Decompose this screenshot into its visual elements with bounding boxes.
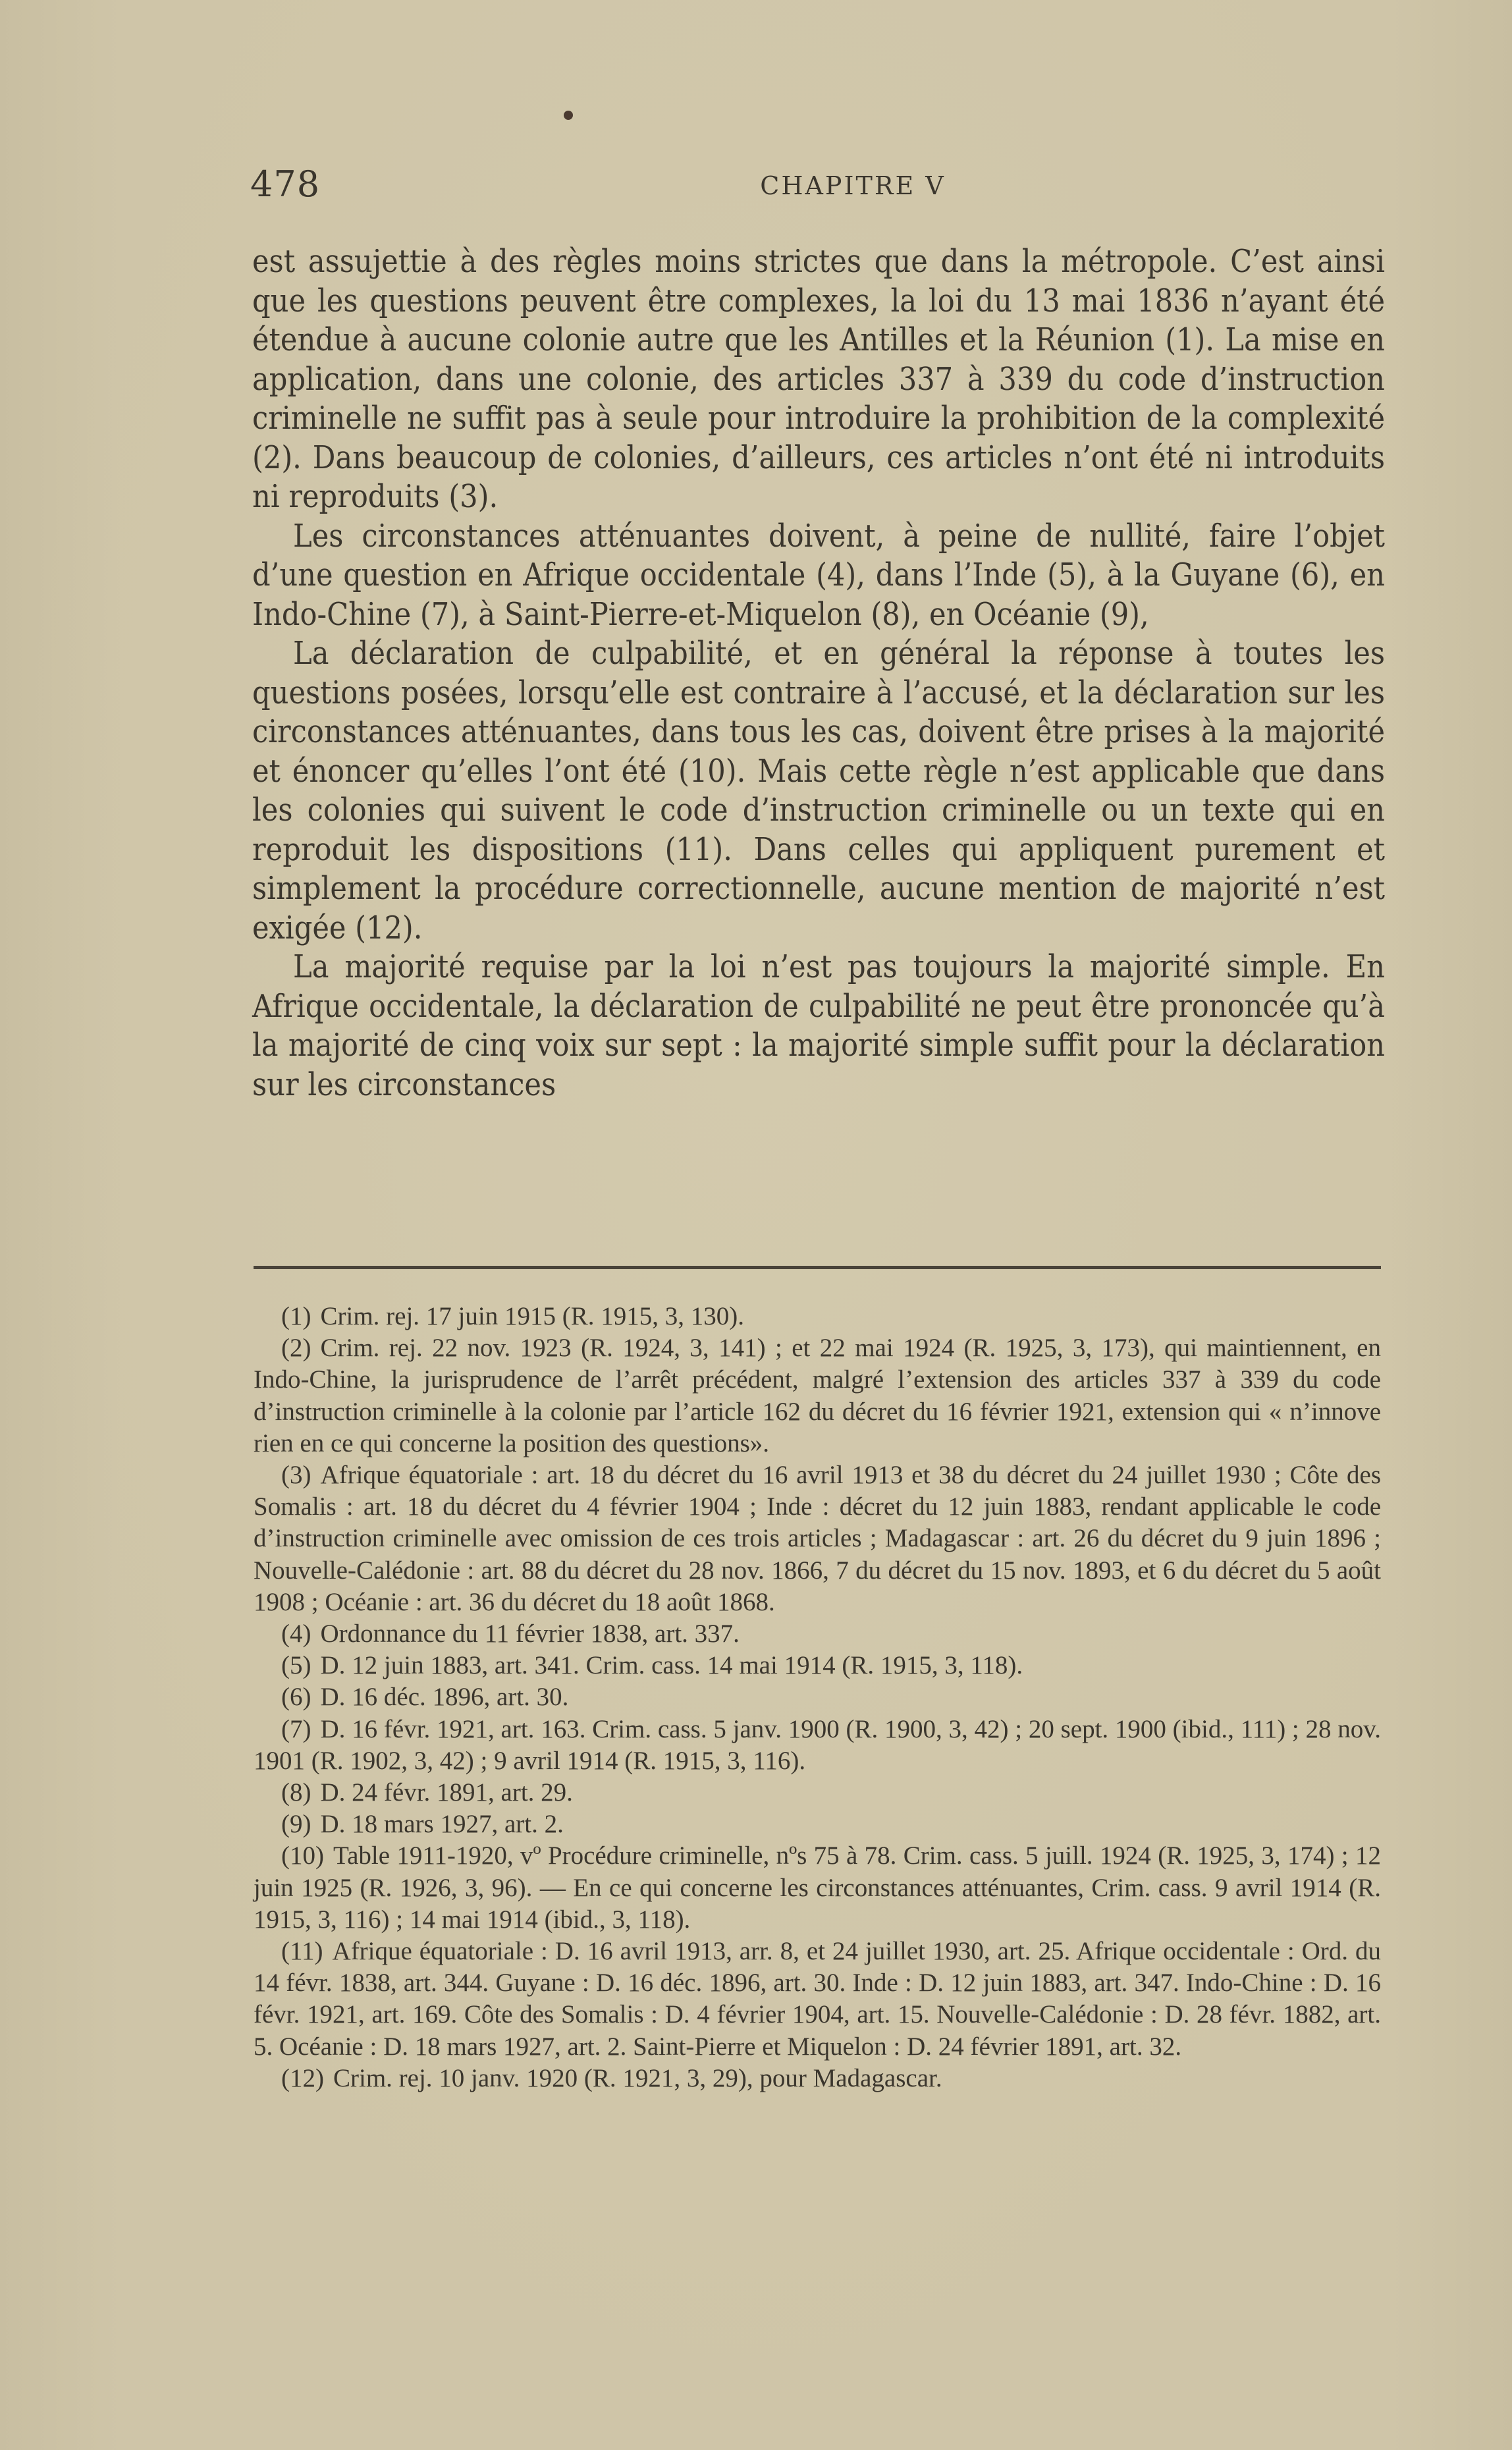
footnote-text: Afrique équatoriale : D. 16 avril 1913, … [254, 1937, 1381, 2061]
footnote: (3)Afrique équatoriale : art. 18 du décr… [254, 1459, 1381, 1618]
footnote: (4)Ordonnance du 11 février 1838, art. 3… [254, 1618, 1381, 1650]
chapter-title: CHAPITRE V [250, 171, 1383, 200]
footnote: (11)Afrique équatoriale : D. 16 avril 19… [254, 1936, 1381, 2063]
footnote-text: D. 12 juin 1883, art. 341. Crim. cass. 1… [320, 1651, 1023, 1679]
paragraph: La majorité requise par la loi n’est pas… [252, 948, 1385, 1104]
footnote-number: (6) [281, 1683, 311, 1711]
footnote-number: (8) [281, 1778, 311, 1807]
footnote-number: (10) [281, 1841, 324, 1870]
footnote: (6)D. 16 déc. 1896, art. 30. [254, 1681, 1381, 1713]
footnote: (2)Crim. rej. 22 nov. 1923 (R. 1924, 3, … [254, 1332, 1381, 1459]
paragraph: est assujettie à des règles moins strict… [252, 242, 1385, 517]
footnote-number: (2) [281, 1334, 311, 1362]
footnote-separator [254, 1266, 1381, 1269]
footnote: (7)D. 16 févr. 1921, art. 163. Crim. cas… [254, 1714, 1381, 1777]
footnote-number: (5) [281, 1651, 311, 1679]
footnote-text: D. 18 mars 1927, art. 2. [320, 1810, 563, 1838]
footnote-text: Ordonnance du 11 février 1838, art. 337. [320, 1620, 739, 1648]
footnote: (8)D. 24 févr. 1891, art. 29. [254, 1777, 1381, 1809]
footnote: (5)D. 12 juin 1883, art. 341. Crim. cass… [254, 1650, 1381, 1681]
footnote-text: D. 16 févr. 1921, art. 163. Crim. cass. … [254, 1715, 1381, 1775]
footnote: (1)Crim. rej. 17 juin 1915 (R. 1915, 3, … [254, 1301, 1381, 1332]
footnote-text: D. 16 déc. 1896, art. 30. [320, 1683, 568, 1711]
footnote-text: D. 24 févr. 1891, art. 29. [320, 1778, 572, 1807]
footnote-text: Crim. rej. 17 juin 1915 (R. 1915, 3, 130… [320, 1302, 743, 1330]
footnote-number: (9) [281, 1810, 311, 1838]
footnote-text: Afrique équatoriale : art. 18 du décret … [254, 1461, 1381, 1616]
footnote-number: (3) [281, 1461, 311, 1489]
footnotes: (1)Crim. rej. 17 juin 1915 (R. 1915, 3, … [254, 1301, 1381, 2094]
footnote-number: (11) [281, 1937, 323, 1965]
ink-speck [564, 111, 573, 120]
paragraph: Les circonstances atténuantes doivent, à… [252, 517, 1385, 635]
footnote-number: (12) [281, 2064, 324, 2092]
footnote-number: (1) [281, 1302, 311, 1330]
footnote-number: (4) [281, 1620, 311, 1648]
footnote-text: Table 1911-1920, vº Procédure criminelle… [254, 1841, 1381, 1933]
footnote-text: Crim. rej. 22 nov. 1923 (R. 1924, 3, 141… [254, 1334, 1381, 1457]
footnote: (9)D. 18 mars 1927, art. 2. [254, 1809, 1381, 1840]
footnote-text: Crim. rej. 10 janv. 1920 (R. 1921, 3, 29… [333, 2064, 942, 2092]
running-head: 478 CHAPITRE V [250, 163, 1383, 209]
footnote: (10)Table 1911-1920, vº Procédure crimin… [254, 1840, 1381, 1936]
footnote: (12)Crim. rej. 10 janv. 1920 (R. 1921, 3… [254, 2063, 1381, 2094]
paragraph: La déclaration de culpabilité, et en gén… [252, 634, 1385, 948]
footnote-number: (7) [281, 1715, 311, 1743]
body-text: est assujettie à des règles moins strict… [252, 242, 1385, 1104]
